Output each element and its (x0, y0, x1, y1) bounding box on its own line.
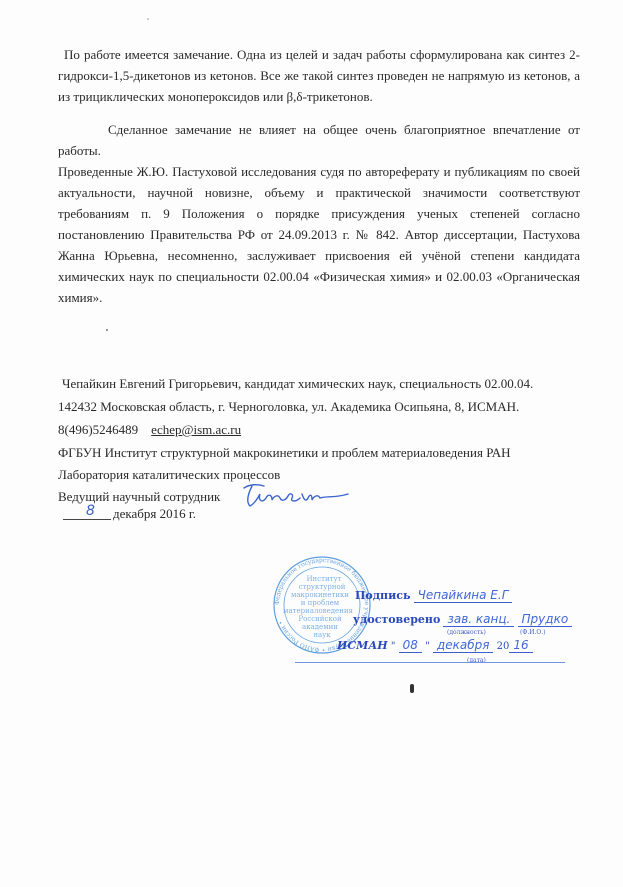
cert-certified-name: Прудко (518, 612, 573, 627)
signatory-name: Чепайкин Евгений Григорьевич, кандидат х… (62, 375, 533, 393)
svg-text:академии: академии (302, 623, 338, 631)
svg-text:Российской: Российской (298, 615, 342, 623)
cert-certified-label: удостоверено (353, 613, 440, 626)
scan-speck-top (147, 18, 149, 20)
scan-speck (106, 329, 108, 331)
cert-day: 08 (399, 638, 422, 653)
cert-certified-position: зав. канц. (443, 612, 514, 627)
date-underline (63, 519, 111, 520)
scan-mark (410, 684, 414, 693)
svg-text:Институт: Институт (306, 575, 341, 583)
date-day-handwritten: 8 (86, 503, 95, 519)
document-page: По работе имеется замечание. Одна из цел… (0, 0, 623, 887)
date-month-year: декабря 2016 г. (113, 505, 196, 523)
handwritten-signature-icon (236, 480, 356, 512)
cert-signature-value: Чепайкина Е.Г (414, 588, 513, 603)
cert-sub-name: (Ф.И.О.) (520, 629, 546, 636)
email-link[interactable]: echep@ism.ac.ru (151, 422, 241, 437)
stamp-underline (295, 662, 565, 663)
svg-text:структурной: структурной (299, 583, 346, 591)
position-title: Ведущий научный сотрудник (58, 488, 220, 506)
svg-text:макрокинетики: макрокинетики (291, 591, 349, 599)
svg-text:материаловедения: материаловедения (283, 607, 353, 615)
cert-signature-row: Подпись Чепайкина Е.Г (355, 588, 512, 602)
cert-certified-row: удостоверено зав. канц. Прудко (353, 612, 572, 626)
svg-text:и проблем: и проблем (301, 599, 340, 607)
remark-paragraph: По работе имеется замечание. Одна из цел… (58, 44, 580, 107)
cert-sub-position: (должность) (447, 629, 486, 636)
cert-date-row: ИСМАН " 08 " декабря 2016 (337, 638, 533, 652)
impression-paragraph: Сделанное замечание не влияет на общее о… (58, 119, 580, 161)
cert-month: декабря (433, 638, 494, 653)
cert-signature-label: Подпись (355, 589, 410, 602)
svg-text:наук: наук (313, 631, 331, 639)
cert-org-label: ИСМАН (337, 639, 388, 652)
cert-year-suffix: 16 (509, 638, 532, 653)
signatory-address: 142432 Московская область, г. Черноголов… (58, 398, 519, 416)
organization-name: ФГБУН Институт структурной макрокинетики… (58, 444, 511, 462)
signatory-contacts: 8(496)5246489 echep@ism.ac.ru (58, 421, 241, 439)
cert-year-prefix: 20 (497, 641, 510, 652)
conclusion-paragraph: Проведенные Ж.Ю. Пастуховой исследования… (58, 161, 580, 308)
phone-number: 8(496)5246489 (58, 422, 138, 437)
